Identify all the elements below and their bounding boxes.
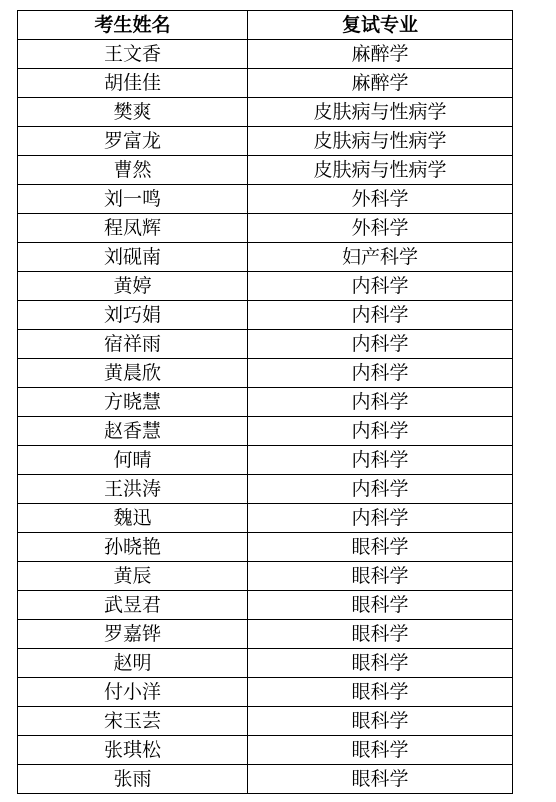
candidate-name-cell: 罗富龙	[18, 127, 248, 156]
retest-major-cell: 内科学	[248, 388, 513, 417]
candidate-name-cell: 宿祥雨	[18, 330, 248, 359]
retest-major-cell: 内科学	[248, 475, 513, 504]
candidate-name-cell: 方晓慧	[18, 388, 248, 417]
table-row: 孙晓艳眼科学	[18, 533, 513, 562]
table-row: 刘一鸣外科学	[18, 185, 513, 214]
table-row: 赵香慧内科学	[18, 417, 513, 446]
candidate-name-cell: 孙晓艳	[18, 533, 248, 562]
candidate-name-cell: 张雨	[18, 765, 248, 794]
retest-major-cell: 眼科学	[248, 620, 513, 649]
table-row: 程凤辉外科学	[18, 214, 513, 243]
table-row: 王文香麻醉学	[18, 40, 513, 69]
candidate-name-cell: 王文香	[18, 40, 248, 69]
table-row: 黄晨欣内科学	[18, 359, 513, 388]
retest-major-cell: 内科学	[248, 272, 513, 301]
candidate-name-cell: 刘砚南	[18, 243, 248, 272]
table-row: 樊爽皮肤病与性病学	[18, 98, 513, 127]
table-row: 武昱君眼科学	[18, 591, 513, 620]
retest-major-cell: 内科学	[248, 446, 513, 475]
candidate-name-cell: 张琪松	[18, 736, 248, 765]
table-row: 赵明眼科学	[18, 649, 513, 678]
retest-major-cell: 皮肤病与性病学	[248, 127, 513, 156]
retest-major-cell: 眼科学	[248, 533, 513, 562]
table-row: 刘砚南妇产科学	[18, 243, 513, 272]
table-row: 魏迅内科学	[18, 504, 513, 533]
retest-major-cell: 眼科学	[248, 765, 513, 794]
table-row: 张琪松眼科学	[18, 736, 513, 765]
candidate-name-cell: 赵明	[18, 649, 248, 678]
candidate-name-cell: 付小洋	[18, 678, 248, 707]
table-row: 宿祥雨内科学	[18, 330, 513, 359]
retest-major-cell: 内科学	[248, 359, 513, 388]
header-candidate-name: 考生姓名	[18, 11, 248, 40]
retest-major-cell: 眼科学	[248, 736, 513, 765]
table-row: 胡佳佳麻醉学	[18, 69, 513, 98]
retest-major-cell: 外科学	[248, 214, 513, 243]
table-row: 王洪涛内科学	[18, 475, 513, 504]
candidate-name-cell: 刘一鸣	[18, 185, 248, 214]
header-retest-major: 复试专业	[248, 11, 513, 40]
table-row: 刘巧娟内科学	[18, 301, 513, 330]
retest-major-cell: 眼科学	[248, 707, 513, 736]
table-row: 宋玉芸眼科学	[18, 707, 513, 736]
retest-major-cell: 内科学	[248, 330, 513, 359]
candidate-name-cell: 黄辰	[18, 562, 248, 591]
candidate-table: 考生姓名 复试专业 王文香麻醉学胡佳佳麻醉学樊爽皮肤病与性病学罗富龙皮肤病与性病…	[17, 10, 513, 794]
retest-major-cell: 麻醉学	[248, 40, 513, 69]
candidate-name-cell: 樊爽	[18, 98, 248, 127]
table-row: 罗富龙皮肤病与性病学	[18, 127, 513, 156]
table-row: 方晓慧内科学	[18, 388, 513, 417]
candidate-name-cell: 武昱君	[18, 591, 248, 620]
retest-major-cell: 眼科学	[248, 649, 513, 678]
table-row: 黄婷内科学	[18, 272, 513, 301]
retest-major-cell: 外科学	[248, 185, 513, 214]
candidate-name-cell: 胡佳佳	[18, 69, 248, 98]
table-row: 付小洋眼科学	[18, 678, 513, 707]
candidate-name-cell: 何晴	[18, 446, 248, 475]
retest-major-cell: 皮肤病与性病学	[248, 98, 513, 127]
retest-major-cell: 眼科学	[248, 678, 513, 707]
retest-major-cell: 妇产科学	[248, 243, 513, 272]
table-row: 何晴内科学	[18, 446, 513, 475]
retest-major-cell: 内科学	[248, 504, 513, 533]
candidate-name-cell: 王洪涛	[18, 475, 248, 504]
table-body: 王文香麻醉学胡佳佳麻醉学樊爽皮肤病与性病学罗富龙皮肤病与性病学曹然皮肤病与性病学…	[18, 40, 513, 794]
table-row: 罗嘉铧眼科学	[18, 620, 513, 649]
retest-major-cell: 内科学	[248, 417, 513, 446]
retest-major-cell: 眼科学	[248, 591, 513, 620]
retest-major-cell: 眼科学	[248, 562, 513, 591]
header-row: 考生姓名 复试专业	[18, 11, 513, 40]
candidate-name-cell: 曹然	[18, 156, 248, 185]
candidate-name-cell: 罗嘉铧	[18, 620, 248, 649]
table-row: 曹然皮肤病与性病学	[18, 156, 513, 185]
candidate-name-cell: 赵香慧	[18, 417, 248, 446]
retest-major-cell: 皮肤病与性病学	[248, 156, 513, 185]
candidate-name-cell: 程凤辉	[18, 214, 248, 243]
table-row: 张雨眼科学	[18, 765, 513, 794]
retest-major-cell: 内科学	[248, 301, 513, 330]
retest-major-cell: 麻醉学	[248, 69, 513, 98]
candidate-name-cell: 刘巧娟	[18, 301, 248, 330]
candidate-name-cell: 宋玉芸	[18, 707, 248, 736]
candidate-name-cell: 魏迅	[18, 504, 248, 533]
candidate-name-cell: 黄婷	[18, 272, 248, 301]
candidate-name-cell: 黄晨欣	[18, 359, 248, 388]
table-row: 黄辰眼科学	[18, 562, 513, 591]
